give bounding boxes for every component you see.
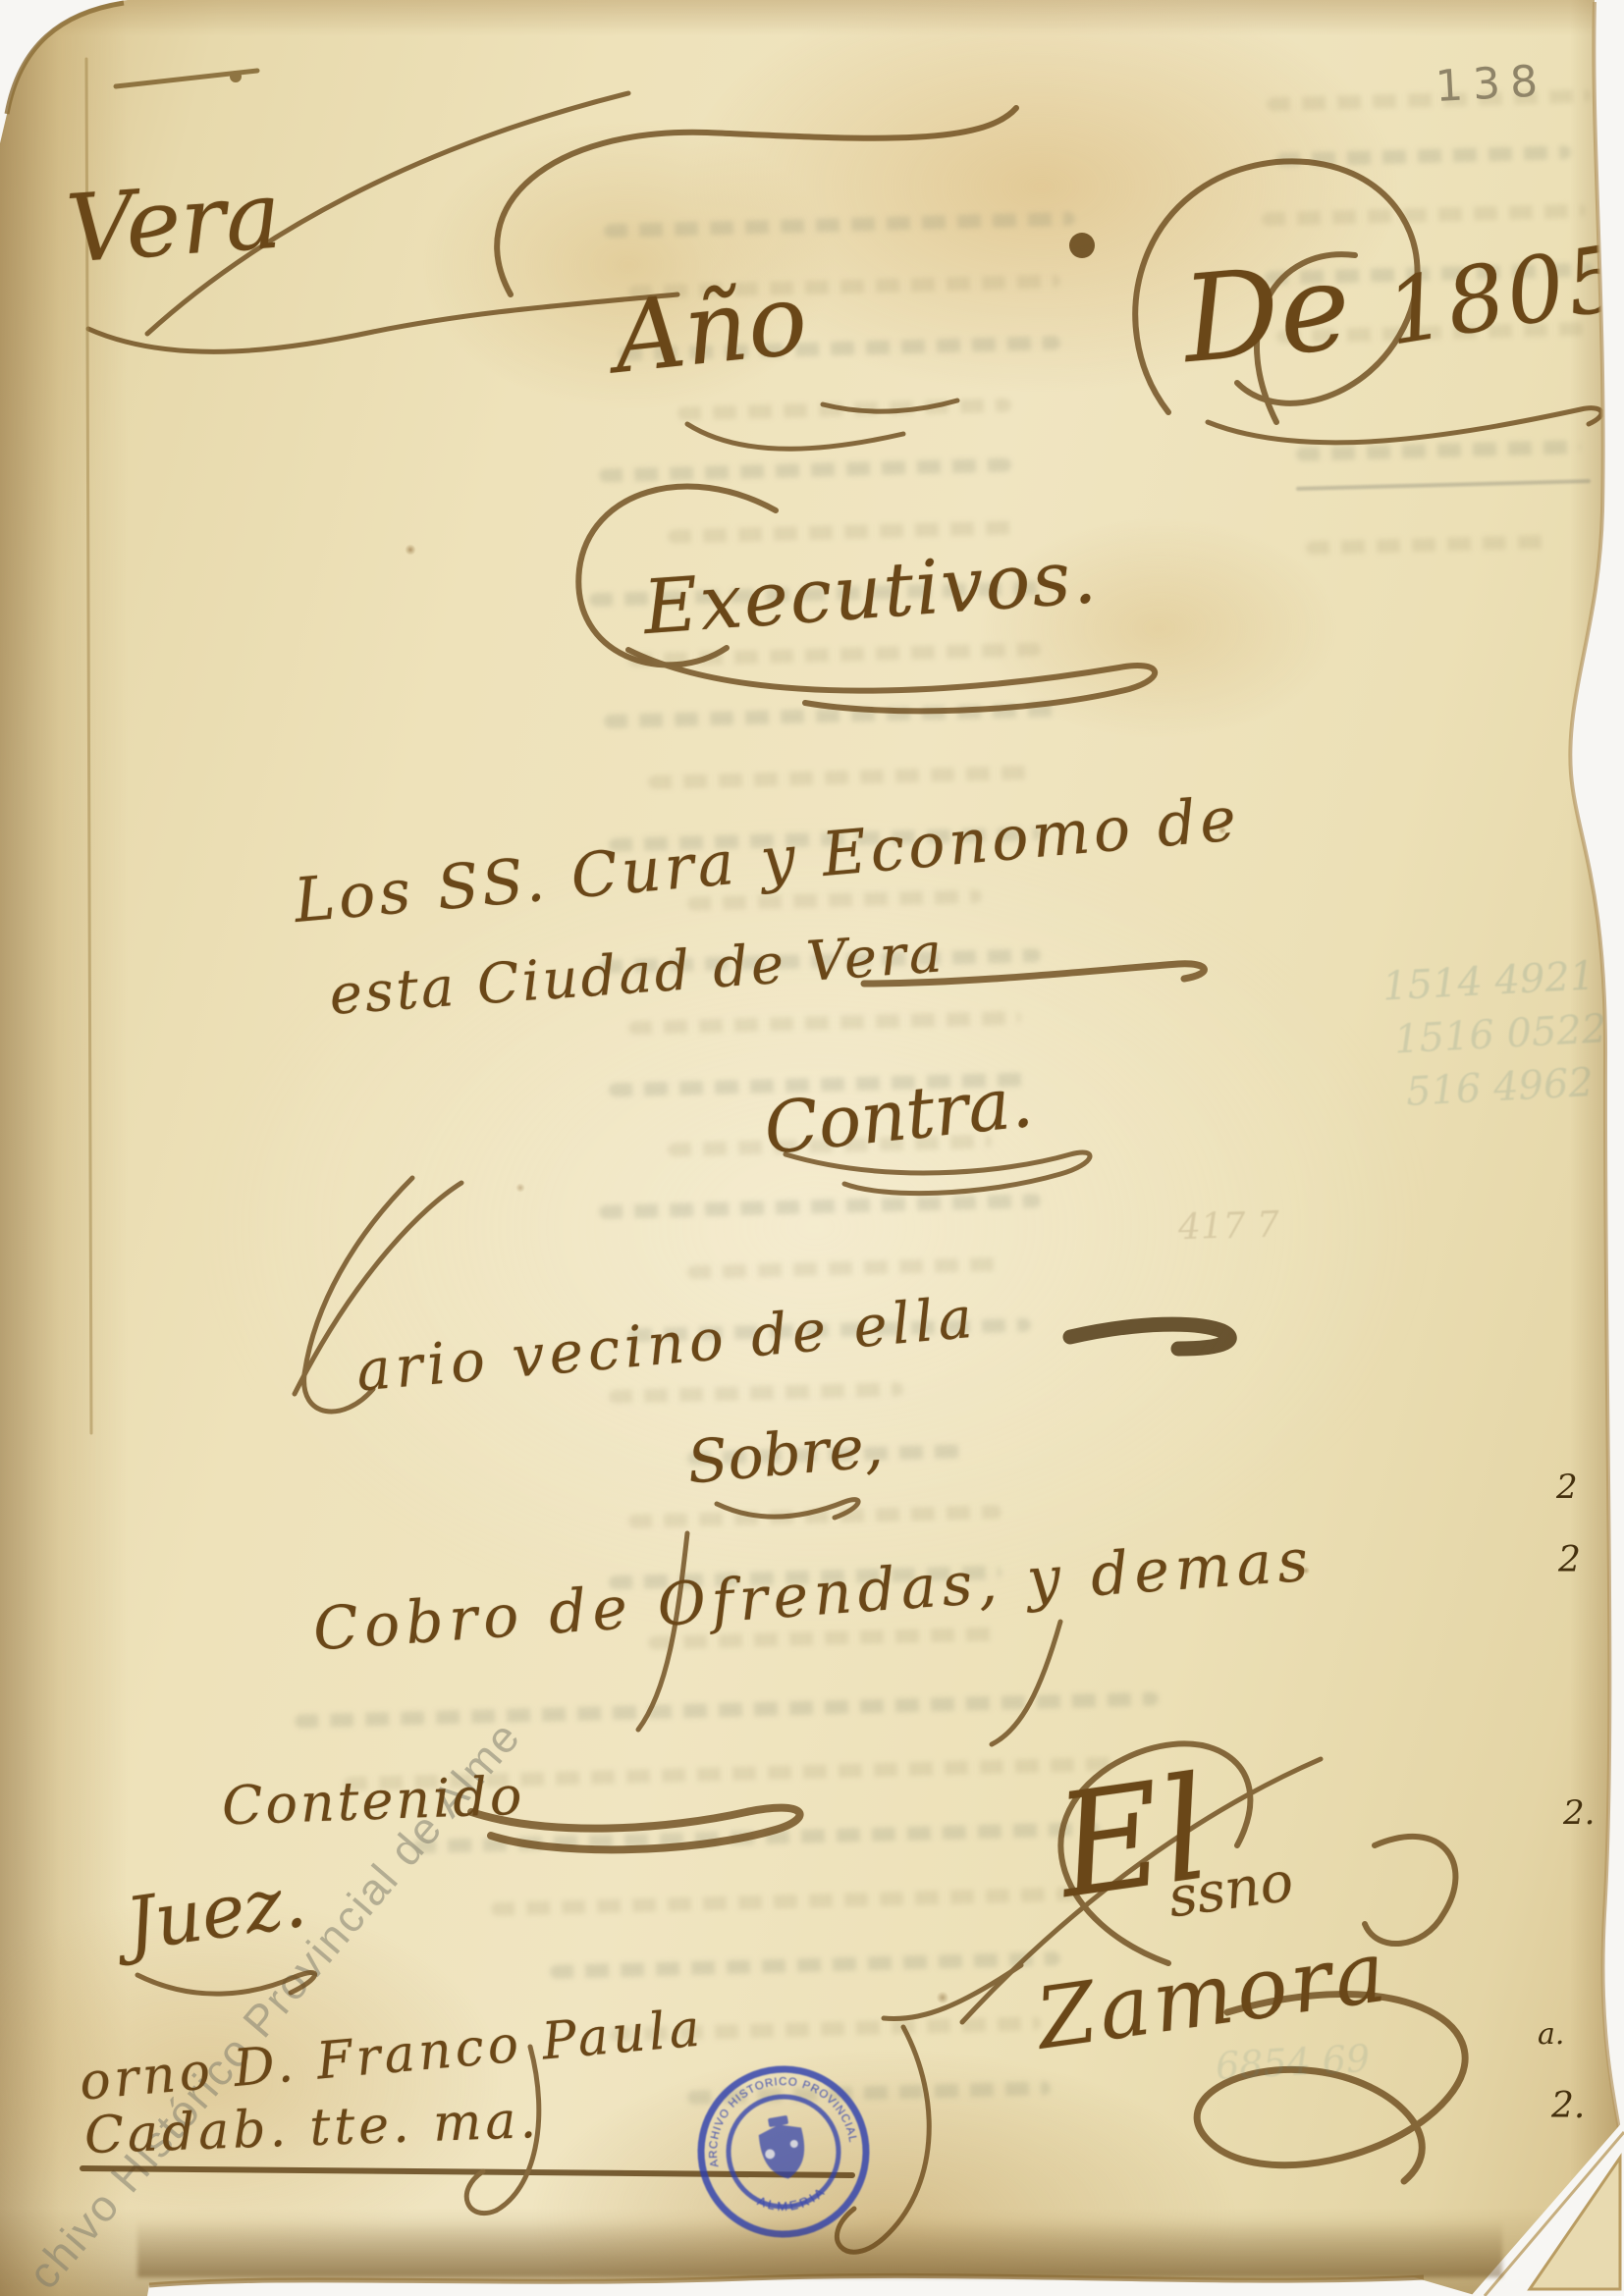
margin-mark-4: a. xyxy=(1538,2020,1564,2050)
folio-number: 138 xyxy=(1435,60,1548,109)
stamp-coat-of-arms xyxy=(756,2113,810,2183)
subject-label: Sobre, xyxy=(685,1416,885,1492)
ghost-number-5: 6854 69 xyxy=(1215,2040,1371,2085)
subject-line-2: Contenido xyxy=(221,1770,525,1834)
margin-mark-1: 2 xyxy=(1556,1470,1578,1504)
scribe-title: ssno xyxy=(1165,1854,1297,1926)
margin-mark-3: 2. xyxy=(1563,1796,1595,1830)
stamp-bottom-text: ALMERIA xyxy=(753,2182,832,2219)
year-word-ano: Año xyxy=(609,270,811,388)
ghost-number-4: 417 7 xyxy=(1177,1207,1279,1247)
manuscript-scan: chivo Histórico Provincial de Alme xyxy=(0,0,1624,2296)
year-word-de: De xyxy=(1178,246,1355,380)
ghost-number-2: 1516 0522 xyxy=(1393,1009,1607,1059)
place-header: Vera xyxy=(64,170,284,278)
margin-mark-5: 2. xyxy=(1551,2089,1585,2124)
margin-mark-2: 2 xyxy=(1558,1543,1581,1578)
ghost-number-1: 1514 4921 xyxy=(1381,956,1596,1006)
svg-text:ALMERIA: ALMERIA xyxy=(753,2182,832,2219)
judge-name-line-2: Cadab. tte. ma. xyxy=(83,2095,540,2162)
ghost-number-3: 516 4962 xyxy=(1405,1063,1595,1112)
bottom-edge-shadow xyxy=(137,2220,1502,2277)
